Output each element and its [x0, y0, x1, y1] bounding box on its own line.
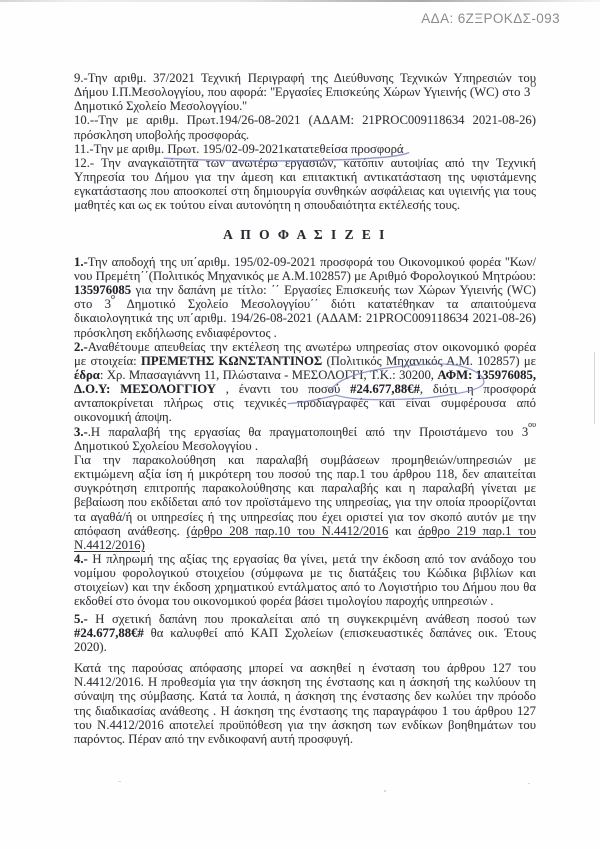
text-segment: 4.- [74, 552, 88, 566]
text-segment: έδρα [74, 368, 100, 382]
text-segment: 10.--Την με αριθμ. Πρωτ.194/26-08-2021 (… [74, 113, 536, 141]
contract-amount: #24.677,88€# [350, 382, 420, 396]
text-segment: ου [528, 420, 536, 429]
scanned-document-page: ΑΔΑ: 6ΖΞΡΟΚΔΣ-093 9.-Την αριθμ. 37/2021 … [0, 0, 600, 849]
document-body: 9.-Την αριθμ. 37/2021 Τεχνική Περιγραφή … [74, 71, 536, 746]
preamble-item-11: 11.-Την με αριθμ. Πρωτ. 195/02-09-2021κα… [74, 142, 536, 156]
decision-paragraph-2: 2.-Αναθέτουμε απευθείας την εκτέλεση της… [74, 340, 536, 425]
text-segment: .Η παραλαβή της εργασίας θα πραγματοποιη… [88, 425, 528, 439]
text-segment: 9.-Την αριθμ. 37/2021 Τεχνική Περιγραφή … [74, 71, 536, 99]
contractor-name: ΠΡΕΜΕΤΗΣ ΚΩΝΣΤΑΝΤΙΝΟΣ [141, 354, 322, 368]
protocol-reference: Πρωτ. 195/02-09-2021κατατεθείσα προσφορά [167, 142, 403, 156]
text-segment: Δημοτικό Σχολείο Μεσολογγίου΄΄ διότι κατ… [74, 297, 536, 339]
text-segment: ο [111, 292, 115, 301]
law-reference-208: (άρθρο 208 παρ.10 του Ν.4412/2016 [187, 524, 389, 538]
scan-speck [118, 781, 121, 782]
decision-paragraph-1: 1.-Την αποδοχή της υπ΄αριθμ. 195/02-09-2… [74, 255, 536, 340]
scan-artifact-right-line [594, 352, 595, 424]
text-segment: Δημοτικό Σχολείο Μεσολογγίου.'' [74, 99, 247, 113]
decision-heading: Α Π Ο Φ Α Σ Ι Ζ Ε Ι [74, 228, 536, 242]
ada-code: ΑΔΑ: 6ΖΞΡΟΚΔΣ-093 [421, 11, 560, 26]
scan-speck [384, 790, 386, 792]
text-segment: Η πληρωμή της αξίας της εργασίας θα γίνε… [74, 552, 536, 608]
decision-paragraph-4: 4.- Η πληρωμή της αξίας της εργασίας θα … [74, 552, 536, 609]
decision-paragraph-3: 3.-.Η παραλαβή της εργασίας θα πραγματοπ… [74, 425, 536, 453]
text-segment: , έναντι του ποσού [216, 382, 350, 396]
text-segment: 1.- [74, 255, 88, 269]
tax-registry-number: 135976085 [74, 283, 131, 297]
decision-paragraph-5: 5.- Η σχετική δαπάνη που προκαλείται από… [74, 612, 536, 654]
text-segment: Κατά της παρούσας απόφασης μπορεί να ασκ… [74, 661, 536, 746]
text-segment: 2.- [74, 340, 88, 354]
text-segment: (Πολιτικός Μηχανικός Α.Μ. 102857) με [322, 354, 536, 368]
expense-amount: #24.677,88€# [74, 626, 144, 640]
text-segment: Την αποδοχή της υπ΄αριθμ. 195/02-09-2021… [74, 255, 536, 283]
text-segment: 11.-Την με αριθμ. [74, 142, 167, 156]
text-segment: Δημοτικού Σχολείου Μεσολογγίου . [74, 439, 258, 453]
text-segment: : Χρ. Μπασαγιάννη 11, Πλώσταινα - ΜΕΣΟΛΟ… [100, 368, 437, 382]
text-segment: Η σχετική δαπάνη που προκαλείται από τη … [88, 612, 536, 626]
text-segment: και [388, 524, 418, 538]
scan-artifact-top-edge [0, 0, 600, 2]
text-segment: 3.- [74, 425, 88, 439]
text-segment: 5.- [74, 612, 88, 626]
monitoring-note: Για την παρακολούθηση και παραλαβή συμβά… [74, 453, 536, 552]
preamble-item-12: 12.- Την αναγκαιότητα των ανωτέρω εργασι… [74, 156, 536, 213]
objection-note: Κατά της παρούσας απόφασης μπορεί να ασκ… [74, 661, 536, 746]
preamble-item-10: 10.--Την με αριθμ. Πρωτ.194/26-08-2021 (… [74, 113, 536, 141]
scan-speck [528, 783, 530, 784]
preamble-item-9: 9.-Την αριθμ. 37/2021 Τεχνική Περιγραφή … [74, 71, 536, 113]
text-segment: Ο [530, 80, 536, 89]
text-segment: 12.- Την αναγκαιότητα των ανωτέρω εργασι… [74, 156, 536, 212]
text-segment: θα καλυφθεί από ΚΑΠ Σχολείων (επισκευαστ… [74, 626, 536, 654]
